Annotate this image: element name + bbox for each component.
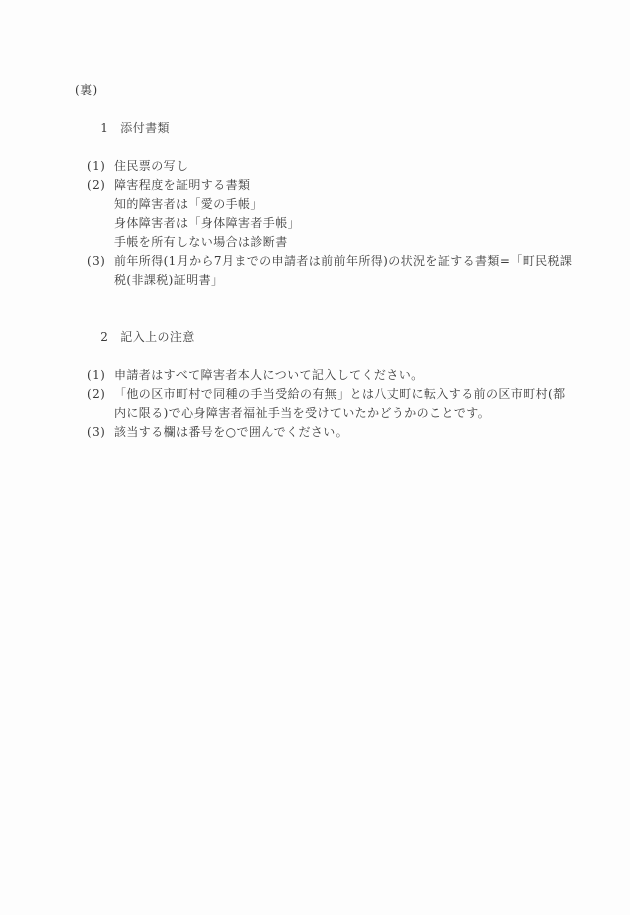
item-text: 該当する欄は番号を○で囲んでください。 bbox=[114, 423, 595, 442]
item-label: (2) bbox=[87, 385, 114, 404]
list-item: (2) 障害程度を証明する書類知的障害者は「愛の手帳」身体障害者は「身体障害者手… bbox=[87, 176, 595, 252]
sections-container: 1添付書類 (1) 住民票の写し (2) 障害程度を証明する書類知的障害者は「愛… bbox=[75, 100, 595, 442]
section-number: 1 bbox=[100, 119, 120, 138]
item-text-line: 前年所得(1月から7月までの申請者は前前年所得)の状況を証する書類=「町民税課 bbox=[114, 252, 595, 271]
section: 1添付書類 (1) 住民票の写し (2) 障害程度を証明する書類知的障害者は「愛… bbox=[75, 100, 595, 290]
section-items: (1) 申請者はすべて障害者本人について記入してください。 (2) 「他の区市町… bbox=[75, 366, 595, 442]
item-label: (3) bbox=[87, 423, 114, 442]
section-items: (1) 住民票の写し (2) 障害程度を証明する書類知的障害者は「愛の手帳」身体… bbox=[75, 157, 595, 290]
item-text-line: 手帳を所有しない場合は診断書 bbox=[114, 233, 595, 252]
item-text-line: 申請者はすべて障害者本人について記入してください。 bbox=[114, 366, 595, 385]
item-text-line: 障害程度を証明する書類 bbox=[114, 176, 595, 195]
item-text: 申請者はすべて障害者本人について記入してください。 bbox=[114, 366, 595, 385]
item-label: (3) bbox=[87, 252, 114, 271]
item-text-line: 内に限る)で心身障害者福祉手当を受けていたかどうかのことです。 bbox=[114, 404, 595, 423]
item-text: 「他の区市町村で同種の手当受給の有無」とは八丈町に転入する前の区市町村(都内に限… bbox=[114, 385, 595, 423]
item-text: 障害程度を証明する書類知的障害者は「愛の手帳」身体障害者は「身体障害者手帳」手帳… bbox=[114, 176, 595, 252]
section-title: 添付書類 bbox=[120, 121, 170, 135]
item-label: (1) bbox=[87, 366, 114, 385]
item-text-line: 税(非課税)証明書」 bbox=[114, 271, 595, 290]
list-item: (1) 住民票の写し bbox=[87, 157, 595, 176]
section-number: 2 bbox=[100, 328, 120, 347]
list-item: (1) 申請者はすべて障害者本人について記入してください。 bbox=[87, 366, 595, 385]
item-label: (2) bbox=[87, 176, 114, 195]
item-text-line: 「他の区市町村で同種の手当受給の有無」とは八丈町に転入する前の区市町村(都 bbox=[114, 385, 595, 404]
document-page: (裏) 1添付書類 (1) 住民票の写し (2) 障害程度を証明する書類知的障害… bbox=[75, 81, 595, 442]
item-text-line: 該当する欄は番号を○で囲んでください。 bbox=[114, 423, 595, 442]
item-text: 前年所得(1月から7月までの申請者は前前年所得)の状況を証する書類=「町民税課税… bbox=[114, 252, 595, 290]
list-item: (3) 該当する欄は番号を○で囲んでください。 bbox=[87, 423, 595, 442]
item-text-line: 知的障害者は「愛の手帳」 bbox=[114, 195, 595, 214]
section-heading: 2記入上の注意 bbox=[75, 309, 595, 366]
page-side-label: (裏) bbox=[75, 81, 595, 100]
item-text: 住民票の写し bbox=[114, 157, 595, 176]
item-text-line: 住民票の写し bbox=[114, 157, 595, 176]
section-heading: 1添付書類 bbox=[75, 100, 595, 157]
section-title: 記入上の注意 bbox=[120, 330, 194, 344]
item-label: (1) bbox=[87, 157, 114, 176]
list-item: (2) 「他の区市町村で同種の手当受給の有無」とは八丈町に転入する前の区市町村(… bbox=[87, 385, 595, 423]
list-item: (3) 前年所得(1月から7月までの申請者は前前年所得)の状況を証する書類=「町… bbox=[87, 252, 595, 290]
item-text-line: 身体障害者は「身体障害者手帳」 bbox=[114, 214, 595, 233]
section: 2記入上の注意 (1) 申請者はすべて障害者本人について記入してください。 (2… bbox=[75, 309, 595, 442]
